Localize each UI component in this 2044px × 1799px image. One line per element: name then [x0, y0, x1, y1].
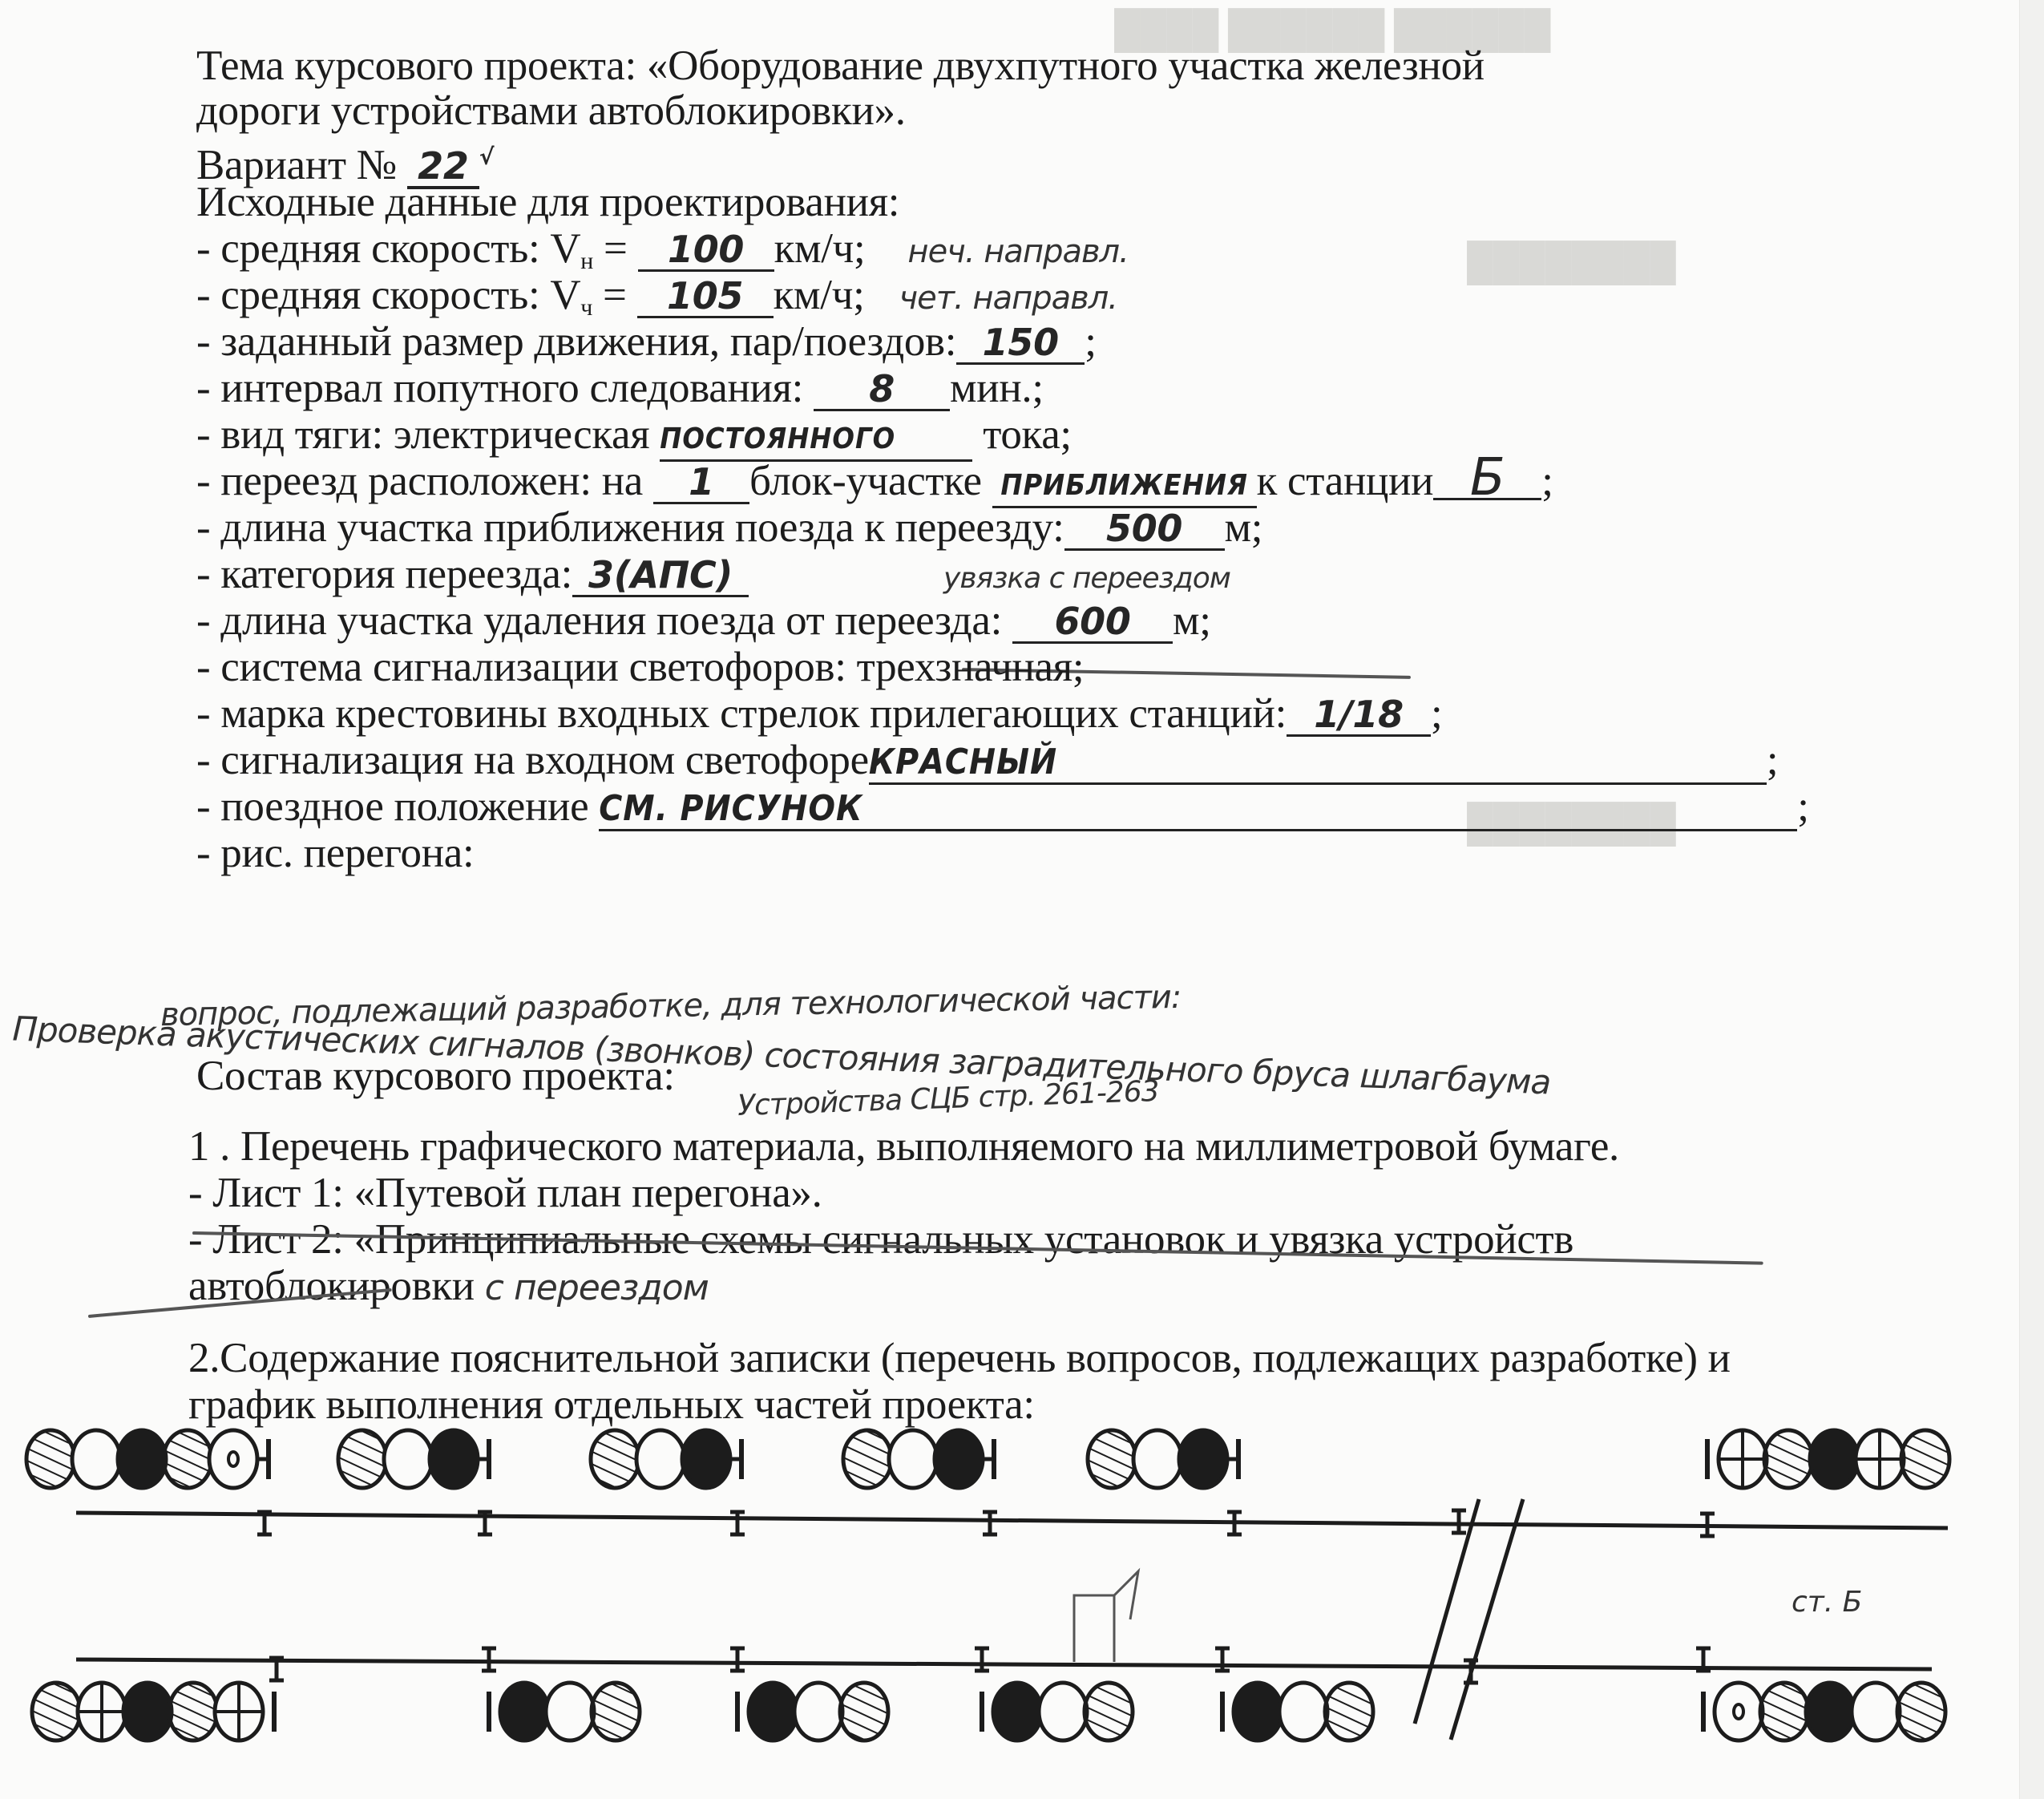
bleed-through-ghost: ████████: [1467, 241, 1676, 283]
field-label: - сигнализация на входном светофоре: [196, 737, 869, 783]
handwritten-question-line3: Устройства СЦБ стр. 261-263: [737, 1075, 1159, 1122]
section-type-value[interactable]: ПРИБЛИЖЕНИЯ: [992, 466, 1257, 508]
theme-line-2: дороги устройствами автоблокировки».: [196, 87, 906, 135]
field-interval: - интервал попутного следования: 8мин.;: [196, 364, 1044, 412]
entry-signal-value[interactable]: КРАСНЫЙ: [869, 742, 1767, 785]
signal-lower-5: [1215, 1648, 1373, 1740]
field-crossing-location: - переезд расположен: на 1блок-участке П…: [196, 457, 1553, 508]
signal-lower-1: [32, 1658, 284, 1740]
field-signal-system: - система сигнализации светофоров: трехз…: [196, 643, 1084, 691]
station-value[interactable]: Б: [1433, 458, 1541, 500]
field-label: - поездное положение: [196, 783, 588, 830]
unit: ;: [1767, 737, 1778, 783]
block-number-value[interactable]: 1: [653, 462, 749, 504]
haul-diagram: ст. Б: [0, 1411, 2044, 1799]
theme-line-1: Тема курсового проекта: «Оборудование дв…: [196, 42, 1485, 90]
field-removal-length: - длина участка удаления поезда от перее…: [196, 596, 1211, 645]
sheet-2-handwritten: с переездом: [485, 1267, 709, 1308]
equals: =: [592, 272, 637, 318]
field-haul-figure: - рис. перегона:: [196, 829, 474, 877]
field-label: - заданный размер движения, пар/поездов:: [196, 318, 956, 365]
item-2-line1: 2.Содержание пояснительной записки (пере…: [188, 1334, 1731, 1382]
field-label: - длина участка удаления поезда от перее…: [196, 597, 1002, 644]
signal-lower-4: [975, 1648, 1133, 1740]
field-approach-length: - длина участка приближения поезда к пер…: [196, 503, 1262, 552]
field-frog-mark: - марка крестовины входных стрелок приле…: [196, 689, 1442, 738]
speed-even-note: чет. направл.: [899, 280, 1117, 317]
signal-upper-5: [1088, 1430, 1242, 1534]
field-crossing-category: - категория переезда:3(АПС) увязка с пер…: [196, 550, 1230, 603]
unit: ;: [1085, 318, 1096, 365]
item-1: 1 . Перечень графического материала, вып…: [188, 1122, 1619, 1170]
equals: =: [593, 225, 638, 272]
unit: м;: [1173, 597, 1211, 644]
sheet-1: - Лист 1: «Путевой план перегона».: [188, 1169, 822, 1217]
unit: мин.;: [950, 365, 1044, 411]
approach-length-value[interactable]: 500: [1064, 508, 1225, 551]
field-label: - длина участка приближения поезда к пер…: [196, 504, 1064, 551]
traffic-value[interactable]: 150: [956, 322, 1085, 365]
field-traffic: - заданный размер движения, пар/поездов:…: [196, 317, 1097, 366]
speed-even-value[interactable]: 105: [637, 276, 774, 318]
initial-data-heading: Исходные данные для проектирования:: [196, 178, 899, 226]
speed-odd-note: неч. направл.: [907, 233, 1128, 270]
field-label: - средняя скорость: V: [196, 272, 580, 318]
field-label: - марка крестовины входных стрелок приле…: [196, 690, 1287, 737]
field-label: - средняя скорость: V: [196, 225, 580, 272]
speed-odd-value[interactable]: 100: [638, 229, 774, 272]
unit: ;: [1431, 690, 1442, 737]
unit: м;: [1225, 504, 1263, 551]
crossing-category-note: увязка с переездом: [943, 562, 1230, 595]
traction-value[interactable]: ПОСТОЯННОГО: [660, 419, 972, 462]
unit: ;: [1797, 783, 1808, 830]
signal-upper-2: [338, 1430, 492, 1534]
field-train-position: - поездное положение СМ. РИСУНОК;: [196, 782, 1809, 831]
signal-lower-6: [1696, 1648, 1945, 1740]
field-label: - переезд расположен: на: [196, 458, 643, 504]
unit: ;: [1541, 458, 1553, 504]
sheet-2-line2: автоблокировки с переездом: [188, 1262, 709, 1312]
field-label: - категория переезда:: [196, 551, 572, 597]
interval-value[interactable]: 8: [814, 369, 950, 411]
signal-upper-6: [1700, 1430, 1949, 1536]
unit: км/ч;: [774, 272, 865, 318]
field-label: - вид тяги: электрическая: [196, 411, 649, 458]
field-label: к станции: [1257, 458, 1434, 504]
composition-heading: Состав курсового проекта:: [196, 1052, 675, 1100]
field-entry-signal: - сигнализация на входном светофореКРАСН…: [196, 736, 1778, 785]
field-label: - интервал попутного следования:: [196, 365, 803, 411]
field-traction: - вид тяги: электрическая ПОСТОЯННОГО то…: [196, 410, 1072, 462]
train-position-value[interactable]: СМ. РИСУНОК: [599, 789, 1797, 831]
unit: км/ч;: [774, 225, 866, 272]
station-label: ст. Б: [1792, 1586, 1862, 1619]
crossing-category-value[interactable]: 3(АПС): [572, 555, 749, 597]
unit: тока;: [983, 411, 1072, 458]
check-mark-icon: √: [479, 144, 494, 170]
signal-upper-1: [26, 1430, 272, 1534]
frog-mark-value[interactable]: 1/18: [1287, 694, 1431, 737]
removal-length-value[interactable]: 600: [1012, 601, 1173, 644]
field-label: блок-участке: [749, 458, 982, 504]
